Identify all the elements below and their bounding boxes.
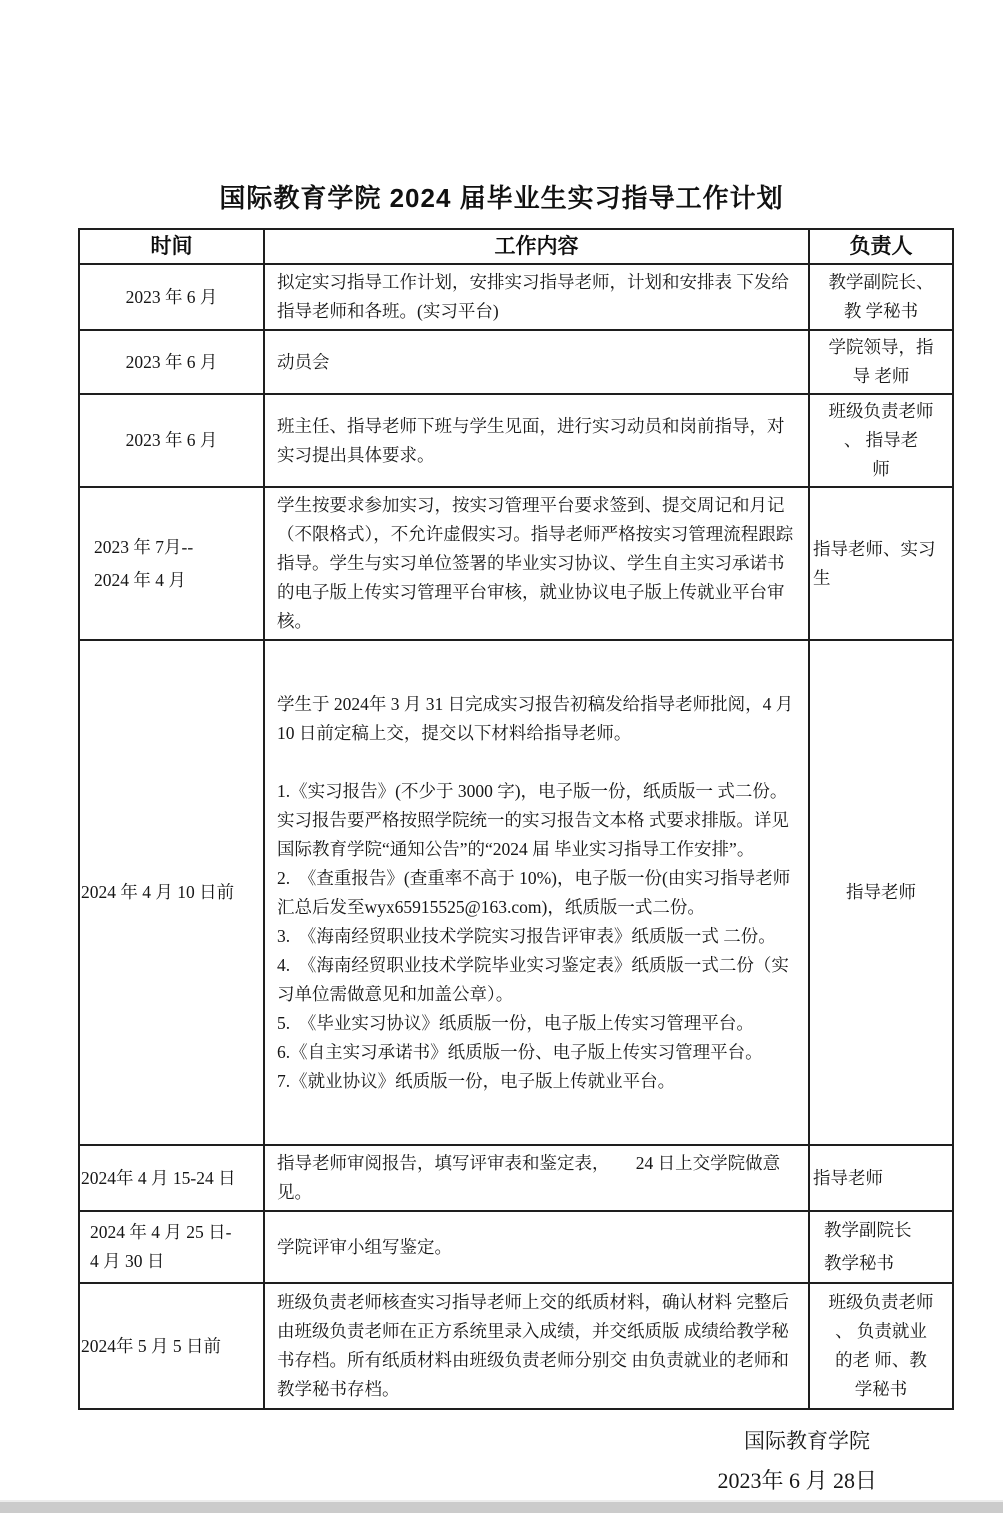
content-cell: 指导老师审阅报告，填写评审表和鉴定表， 24 日上交学院做意见。 (264, 1145, 809, 1211)
schedule-table: 时间 工作内容 负责人 2023 年 6 月 拟定实习指导工作计划，安排实习指导… (78, 228, 954, 1410)
person-cell: 教学副院长 教学秘书 (809, 1211, 953, 1283)
content-cell: 班级负责老师核查实习指导老师上交的纸质材料，确认材料 完整后由班级负责老师在正方… (264, 1283, 809, 1409)
time-cell: 2023 年 6 月 (79, 394, 264, 487)
time-cell: 2023 年 6 月 (79, 264, 264, 330)
person-cell: 班级负责老师 、 负责就业 的老 师、教 学秘书 (809, 1283, 953, 1409)
person-cell: 班级负责老师 、 指导老 师 (809, 394, 953, 487)
table-row: 2024年 4 月 15-24 日 指导老师审阅报告，填写评审表和鉴定表， 24… (79, 1145, 953, 1211)
header-content: 工作内容 (264, 229, 809, 264)
person-cell: 教学副院长、 教 学秘书 (809, 264, 953, 330)
time-cell: 2024年 5 月 5 日前 (79, 1283, 264, 1409)
table-row: 2023 年 7月-- 2024 年 4 月 学生按要求参加实习，按实习管理平台… (79, 487, 953, 640)
time-cell: 2023 年 6 月 (79, 330, 264, 394)
table-row: 2023 年 6 月 动员会 学院领导，指 导 老师 (79, 330, 953, 394)
table-header-row: 时间 工作内容 负责人 (79, 229, 953, 264)
person-cell: 指导老师 (809, 1145, 953, 1211)
time-cell: 2024 年 4 月 10 日前 (79, 640, 264, 1145)
content-cell: 动员会 (264, 330, 809, 394)
signature-date: 2023年 6 月 28日 (0, 1466, 1003, 1496)
signature-block: 国际教育学院 2023年 6 月 28日 (0, 1426, 1003, 1496)
horizontal-scrollbar-track[interactable] (0, 1500, 1003, 1513)
time-cell: 2024年 4 月 15-24 日 (79, 1145, 264, 1211)
page-title: 国际教育学院 2024 届毕业生实习指导工作计划 (0, 178, 1003, 215)
person-cell: 指导老师、实习 生 (809, 487, 953, 640)
header-person: 负责人 (809, 229, 953, 264)
table-row: 2023 年 6 月 班主任、指导老师下班与学生见面，进行实习动员和岗前指导，对… (79, 394, 953, 487)
content-cell: 学生于 2024年 3 月 31 日完成实习报告初稿发给指导老师批阅，4 月 1… (264, 640, 809, 1145)
table-row: 2024 年 4 月 10 日前 学生于 2024年 3 月 31 日完成实习报… (79, 640, 953, 1145)
table-row: 2024年 5 月 5 日前 班级负责老师核查实习指导老师上交的纸质材料，确认材… (79, 1283, 953, 1409)
header-time: 时间 (79, 229, 264, 264)
content-cell: 学生按要求参加实习，按实习管理平台要求签到、提交周记和月记 （不限格式），不允许… (264, 487, 809, 640)
content-cell: 拟定实习指导工作计划，安排实习指导老师，计划和安排表 下发给指导老师和各班。(实… (264, 264, 809, 330)
time-cell: 2023 年 7月-- 2024 年 4 月 (79, 487, 264, 640)
table-row: 2024 年 4 月 25 日- 4 月 30 日 学院评审小组写鉴定。 教学副… (79, 1211, 953, 1283)
content-cell: 班主任、指导老师下班与学生见面，进行实习动员和岗前指导，对实习提出具体要求。 (264, 394, 809, 487)
document-page: 国际教育学院 2024 届毕业生实习指导工作计划 时间 工作内容 负责人 202… (0, 0, 1003, 1496)
person-cell: 指导老师 (809, 640, 953, 1145)
person-cell: 学院领导，指 导 老师 (809, 330, 953, 394)
time-cell: 2024 年 4 月 25 日- 4 月 30 日 (79, 1211, 264, 1283)
content-cell: 学院评审小组写鉴定。 (264, 1211, 809, 1283)
signature-org: 国际教育学院 (0, 1426, 1003, 1456)
table-row: 2023 年 6 月 拟定实习指导工作计划，安排实习指导老师，计划和安排表 下发… (79, 264, 953, 330)
